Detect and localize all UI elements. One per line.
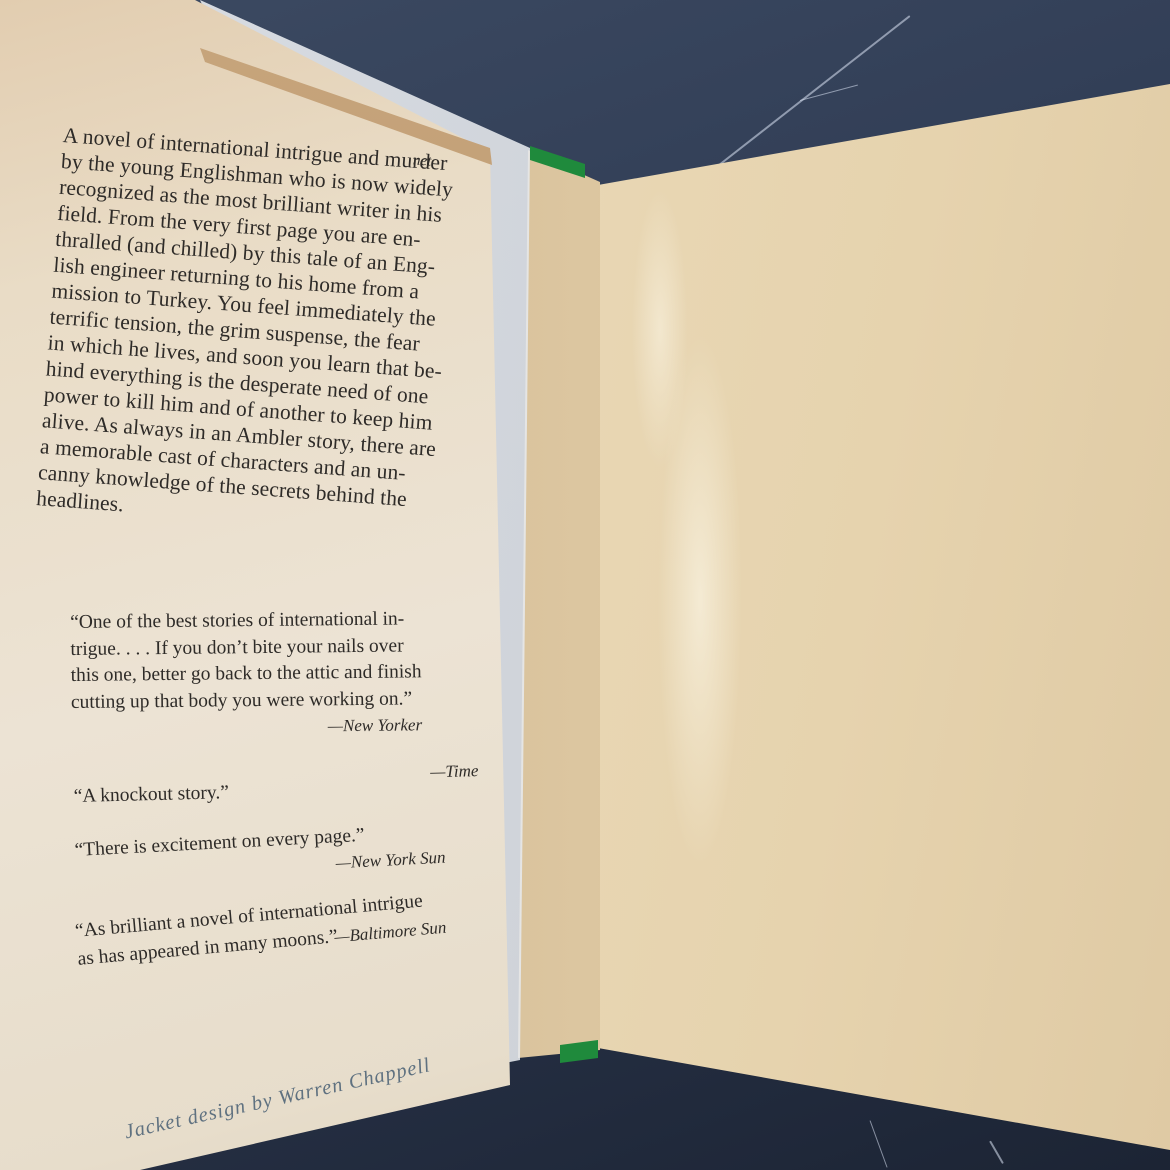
blurb-text: A novel of international intrigue and mu… — [35, 122, 443, 539]
quote-line: cutting up that body you were working on… — [71, 686, 422, 716]
quote-source: —Time — [430, 758, 479, 785]
review-quote-new-yorker: “One of the best stories of internationa… — [70, 606, 422, 742]
review-quote-time: —Time “A knockout story.” — [73, 764, 229, 810]
table-scratch — [989, 1141, 1004, 1165]
quote-source: —New Yorker — [71, 712, 422, 742]
quote-line: trigue. . . . If you don’t bite your nai… — [70, 633, 421, 663]
quote-line: “One of the best stories of internationa… — [70, 606, 421, 636]
table-scratch — [870, 1120, 888, 1167]
quote-line: this one, better go back to the attic an… — [71, 659, 422, 689]
quote-line: “A knockout story.” — [73, 780, 229, 810]
book-photo: net A novel of international intrigue an… — [0, 0, 1170, 1170]
